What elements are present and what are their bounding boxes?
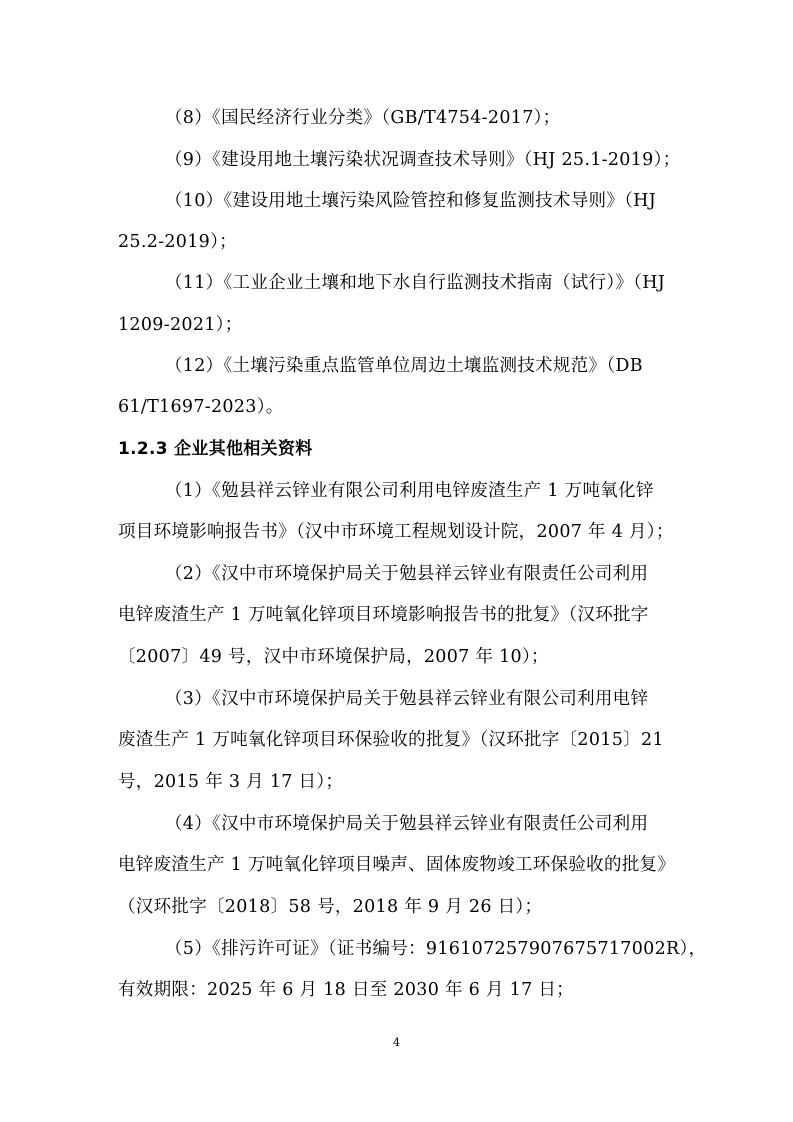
material-item-2-cont1: 电锌废渣生产 1 万吨氧化锌项目环境影响报告书的批复》（汉环批字 — [118, 604, 649, 626]
reference-item-10-cont: 25.2-2019）； — [118, 231, 237, 253]
reference-item-11-cont: 1209-2021）； — [118, 314, 243, 336]
material-item-1: （1）《勉县祥云锌业有限公司利用电锌废渣生产 1 万吨氧化锌 — [165, 480, 654, 502]
reference-item-9: （9）《建设用地土壤污染状况调查技术导则》（HJ 25.1-2019）； — [165, 149, 680, 171]
page-number: 4 — [0, 1036, 793, 1049]
reference-item-11: （11）《工业企业土壤和地下水自行监测技术指南（试行）》（HJ — [165, 272, 665, 294]
material-item-5: （5）《排污许可证》（证书编号：91610725790767571700​2R）… — [165, 938, 706, 960]
material-item-1-cont: 项目环境影响报告书》（汉中市环境工程规划设计院，2007 年 4 月）； — [118, 521, 674, 543]
reference-item-10: （10）《建设用地土壤污染风险管控和修复监测技术导则》（HJ — [165, 190, 656, 212]
material-item-3-cont1: 废渣生产 1 万吨氧化锌项目环保验收的批复》（汉环批字〔2015〕21 — [118, 729, 664, 751]
material-item-4: （4）《汉中市环境保护局关于勉县祥云锌业有限责任公司利用 — [165, 813, 648, 835]
document-page: （8）《国民经济行业分类》（GB/T4754-2017）； （9）《建设用地土壤… — [0, 0, 793, 1122]
material-item-5-cont: 有效期限：2025 年 6 月 18 日至 2030 年 6 月 17 日； — [118, 979, 574, 1001]
material-item-3-cont2: 号，2015 年 3 月 17 日）； — [118, 771, 343, 793]
section-heading: 1.2.3 企业其他相关资料 — [118, 438, 313, 460]
reference-item-12: （12）《土壤污染重点监管单位周边土壤监测技术规范》（DB — [165, 355, 643, 377]
material-item-4-cont1: 电锌废渣生产 1 万吨氧化锌项目噪声、固体废物竣工环保验收的批复》 — [118, 854, 675, 876]
material-item-4-cont2: （汉环批字〔2018〕58 号，2018 年 9 月 26 日）； — [118, 896, 542, 918]
material-item-2: （2）《汉中市环境保护局关于勉县祥云锌业有限责任公司利用 — [165, 563, 648, 585]
reference-item-12-cont: 61/T1697-2023）。 — [118, 396, 284, 418]
material-item-3: （3）《汉中市环境保护局关于勉县祥云锌业有限公司利用电锌 — [165, 688, 648, 710]
material-item-2-cont2: 〔2007〕49 号，汉中市环境保护局，2007 年 10）； — [118, 646, 549, 668]
reference-item-8: （8）《国民经济行业分类》（GB/T4754-2017）； — [165, 107, 560, 129]
